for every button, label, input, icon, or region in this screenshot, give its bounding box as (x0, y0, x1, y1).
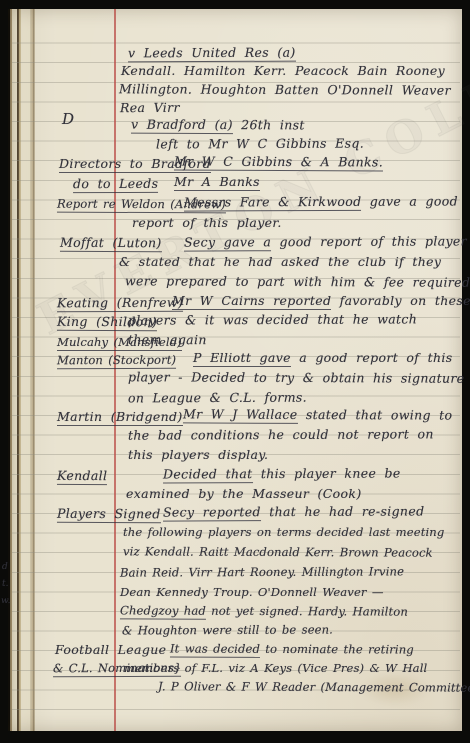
handwriting-line: report of this player. (132, 216, 282, 230)
handwriting-line: Dean Kennedy Troup. O'Donnell Weaver — (120, 585, 384, 599)
handwriting-line: examined by the Masseur (Cook) (126, 487, 362, 501)
handwriting-line: were prepared to part with him & fee req… (125, 274, 470, 290)
handwriting-line: & Houghton were still to be seen. (122, 623, 333, 638)
handwriting-line: v Bradford (a) 26th inst (131, 118, 305, 133)
handwriting-line: on League & C.L. forms. (128, 391, 307, 406)
margin-note: D (62, 112, 74, 126)
photographed-minute-book: EVERTON COLLECTION v Leeds United Res (a… (0, 0, 470, 743)
handwriting-line: the bad conditions he could not report o… (128, 427, 434, 442)
handwriting-line: Kendall. Hamilton Kerr. Peacock Bain Roo… (121, 64, 445, 78)
handwriting-line: v Leeds United Res (a) (128, 46, 296, 61)
handwriting-line: & stated that he had asked the club if t… (119, 255, 441, 269)
handwriting-line: Chedgzoy had not yet signed. Hardy. Hami… (120, 603, 408, 618)
margin-note: w. (1, 594, 11, 608)
handwriting-line: members of F.L. viz A Keys (Vice Pres) &… (124, 661, 427, 675)
margin-note: Players Signed (57, 507, 161, 521)
margin-note: Football League (55, 643, 166, 657)
margin-note: Moffat (Luton) (60, 236, 162, 250)
margin-note: Martin (Bridgend) (57, 410, 183, 424)
margin-note: d (2, 560, 8, 574)
margin-note: Keating (Renfrew) (57, 296, 183, 311)
margin-note: Kendall (57, 469, 107, 483)
handwriting-line: Rea Virr (120, 101, 180, 115)
handwriting-line: this players display. (128, 448, 268, 462)
handwriting-line: Decided that this player knee be (163, 466, 401, 481)
handwriting-line: Mr W Cairns reported favorably on these (172, 294, 470, 308)
handwriting-line: Mr W C Gibbins & A Banks. (174, 155, 383, 170)
handwriting-line: player - Decided to try & obtain his sig… (128, 370, 464, 385)
handwriting-line: Messrs Fare & Kirkwood gave a good (184, 194, 458, 209)
handwriting-line: left to Mr W C Gibbins Esq. (156, 137, 364, 152)
handwriting-line: Millington. Houghton Batten O'Donnell We… (119, 82, 451, 97)
handwriting-line: players & it was decided that he watch (128, 312, 417, 327)
handwriting-line: It was decided to nominate the retiring (170, 641, 414, 656)
handwriting-line: Secy gave a good report of this player (184, 234, 467, 249)
handwriting-line: Secy reported that he had re-signed (163, 504, 424, 519)
handwriting-line: the following players on terms decided l… (123, 525, 444, 539)
handwriting-line: them again (128, 333, 207, 347)
handwriting-line: Mr W J Wallace stated that owing to (183, 407, 453, 422)
handwriting-line: viz Kendall. Raitt Macdonald Kerr. Brown… (123, 544, 433, 559)
handwriting-line: Mr A Banks (174, 175, 260, 189)
handwriting-layer: v Leeds United Res (a)Kendall. Hamilton … (0, 0, 470, 743)
margin-note: do to Leeds (73, 177, 158, 191)
handwriting-line: P Elliott gave a good report of this (193, 351, 453, 365)
margin-note: Manton (Stockport) (57, 353, 176, 368)
margin-note: t. (2, 577, 8, 591)
handwriting-line: Bain Reid. Virr Hart Rooney. Millington … (120, 564, 404, 579)
handwriting-line: J. P Oliver & F W Reader (Management Com… (158, 679, 470, 694)
